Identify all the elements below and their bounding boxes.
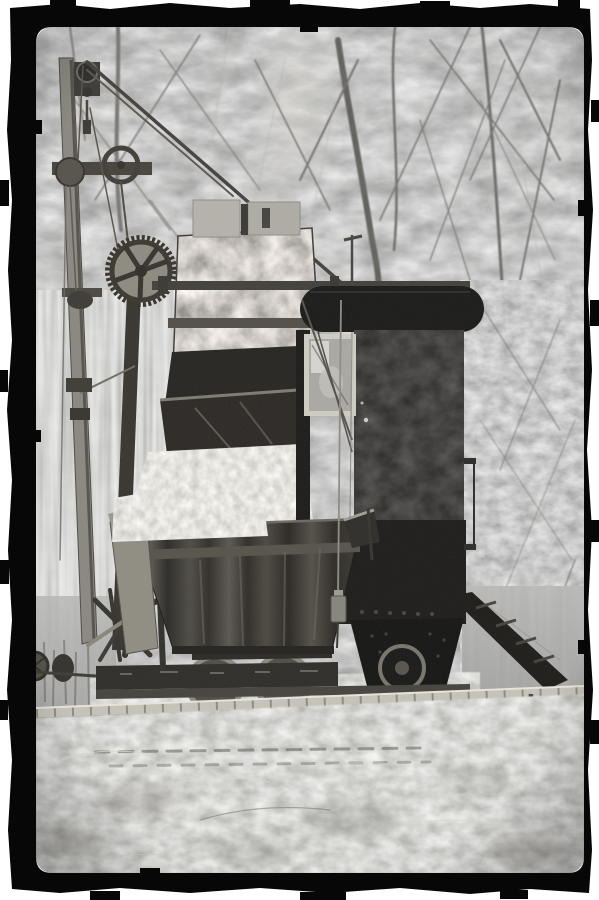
vignette <box>36 27 584 873</box>
photo-page: black-and-white photograph Monochrome ph… <box>0 0 599 900</box>
photo-image: Monochrome photograph of an antique peat… <box>0 0 599 900</box>
photo-frame: black-and-white photograph Monochrome ph… <box>0 0 599 900</box>
